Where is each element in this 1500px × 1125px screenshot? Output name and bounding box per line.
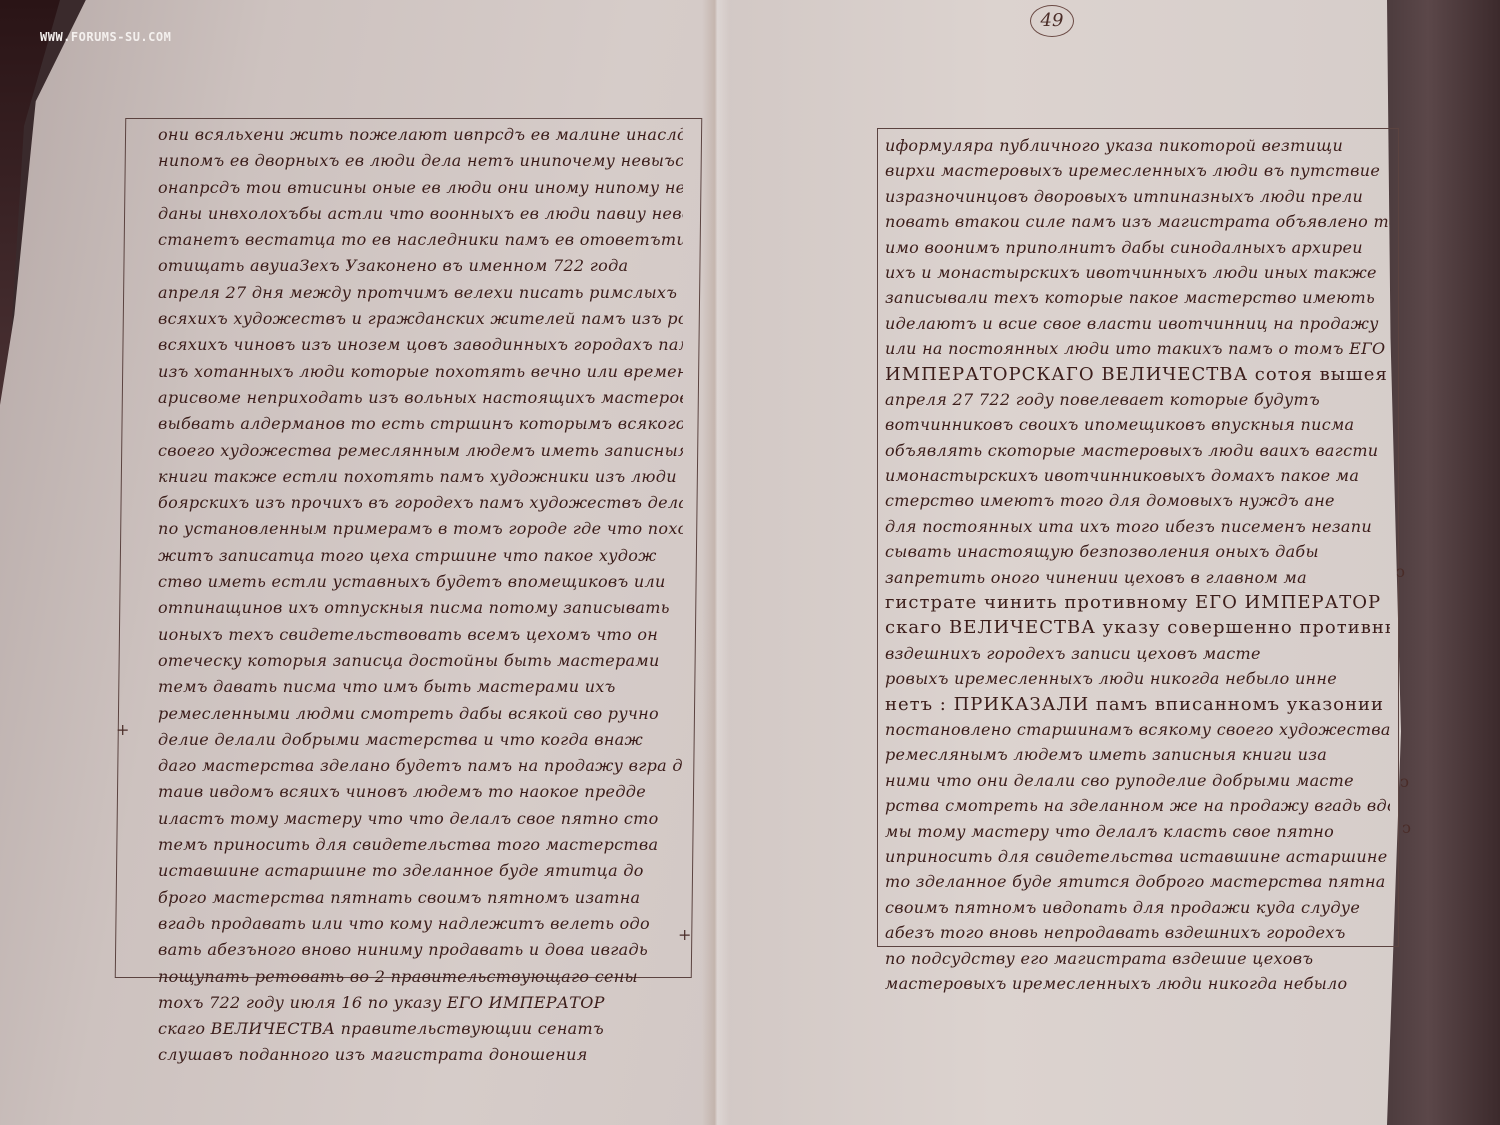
manuscript-line: брого мастерства пятнать своимъ пятномъ … <box>158 885 683 911</box>
manuscript-line: имо воонимъ приполнитъ дабы синодалныхъ … <box>885 235 1390 260</box>
manuscript-line: темъ давать писма что имъ быть мастерами… <box>158 674 683 700</box>
manuscript-line: своимъ пятномъ ивдопать для продажи куда… <box>885 895 1390 920</box>
manuscript-line: мастеровыхъ иремесленныхъ люди никогда н… <box>885 971 1390 996</box>
manuscript-line: ИМПЕРАТОРСКАГО ВЕЛИЧЕСТВА сотоя вышея ук… <box>885 362 1390 387</box>
manuscript-line: отищать авуиаЗехъ Узаконено въ именном 7… <box>158 253 683 279</box>
manuscript-line: всяхихъ художествъ и гражданских жителей… <box>158 306 683 332</box>
manuscript-line: иделаютъ и всие свое власти ивотчинниц н… <box>885 311 1390 336</box>
manuscript-line: абезъ того вновь непродавать вздешнихъ г… <box>885 920 1390 945</box>
manuscript-line: по установленным примерамъ в томъ городе… <box>158 516 683 542</box>
manuscript-line: нипомъ ев дворныхъ ев люди дела нетъ ини… <box>158 148 683 174</box>
manuscript-line: нетъ : ПРИКАЗАЛИ памъ вписанномъ указони… <box>885 692 1390 717</box>
manuscript-line: арисвоме неприходать изъ вольных настоящ… <box>158 385 683 411</box>
manuscript-line: ними что они делали сво руподелие добрым… <box>885 768 1390 793</box>
manuscript-line: выбвать алдерманов то есть стршинъ котор… <box>158 411 683 437</box>
manuscript-line: скаго ВЕЛИЧЕСТВА правительствующии сенат… <box>158 1016 683 1042</box>
manuscript-line: даго мастерства зделано будетъ памъ на п… <box>158 753 683 779</box>
manuscript-line: житъ записатца того цеха стршине что пак… <box>158 543 683 569</box>
manuscript-line: иприносить для свидетельства иставшине а… <box>885 844 1390 869</box>
manuscript-line: своего художества ремеслянным людемъ име… <box>158 438 683 464</box>
manuscript-line: пощупать ретовать во 2 правительствующаг… <box>158 964 683 990</box>
manuscript-line: даны инвхолохъбы астли что воонныхъ ев л… <box>158 201 683 227</box>
manuscript-line: слушавъ поданного изъ магистрата доношен… <box>158 1042 683 1068</box>
manuscript-line: апреля 27 722 году повелевает которые бу… <box>885 387 1390 412</box>
manuscript-line: боярскихъ изъ прочихъ въ городехъ памъ х… <box>158 490 683 516</box>
manuscript-line: тохъ 722 году июля 16 по указу ЕГО ИМПЕР… <box>158 990 683 1016</box>
manuscript-line: записывали техъ которые пакое мастерство… <box>885 285 1390 310</box>
manuscript-line: отеческу которыя записца достойны быть м… <box>158 648 683 674</box>
manuscript-line: повать втакои силе памъ изъ магистрата о… <box>885 209 1390 234</box>
manuscript-line: изъ хотанныхъ люди которые похотять вечн… <box>158 359 683 385</box>
manuscript-line: ство иметь естли уставныхъ будетъ впомещ… <box>158 569 683 595</box>
manuscript-line: сывать инастоящую безпозволения оныхъ да… <box>885 539 1390 564</box>
manuscript-line: вгадь продавать или что кому надлежитъ в… <box>158 911 683 937</box>
manuscript-line: ихъ и монастырскихъ ивотчинныхъ люди ины… <box>885 260 1390 285</box>
manuscript-line: иставшине астаршине то зделанное буде ят… <box>158 858 683 884</box>
margin-mark-cross: + <box>678 925 691 944</box>
manuscript-line: отпинащинов ихъ отпускныя писма потому з… <box>158 595 683 621</box>
manuscript-line: таив ивдомъ всяихъ чиновъ людемъ то наок… <box>158 779 683 805</box>
margin-mark-bracket: ↄ <box>1396 562 1405 581</box>
manuscript-line: ионыхъ техъ свидетельствовать всемъ цехо… <box>158 622 683 648</box>
manuscript-line: вать абезъного вново ниниму продавать и … <box>158 937 683 963</box>
manuscript-line: скаго ВЕЛИЧЕСТВА указу совершенно против… <box>885 615 1390 640</box>
manuscript-line: станетъ вестатца то ев наследники памъ е… <box>158 227 683 253</box>
manuscript-line: объявлять скоторые мастеровыхъ люди ваих… <box>885 438 1390 463</box>
manuscript-line: для постоянных ита ихъ того ибезъ писеме… <box>885 514 1390 539</box>
right-page-handwritten-text: иформуляра публичного указа пикоторой ве… <box>885 133 1390 996</box>
manuscript-line: всяхихъ чиновъ изъ инозем цовъ заводинны… <box>158 332 683 358</box>
manuscript-line: они всяльхени жить пожелают ивпрсдъ ев м… <box>158 122 683 148</box>
margin-mark-bracket: ↄ <box>1400 772 1409 791</box>
manuscript-line: запретить оного чинении цеховъ в главном… <box>885 565 1390 590</box>
folio-number-circled: 49 <box>1030 5 1074 37</box>
manuscript-line: вотчинниковъ своихъ ипомещиковъ впускныя… <box>885 412 1390 437</box>
manuscript-line: гистрате чинить противному ЕГО ИМПЕРАТОР <box>885 590 1390 615</box>
manuscript-line: апреля 27 дня между протчимъ велехи писа… <box>158 280 683 306</box>
manuscript-line: то зделанное буде ятится доброго мастерс… <box>885 869 1390 894</box>
left-page-handwritten-text: они всяльхени жить пожелают ивпрсдъ ев м… <box>158 122 683 1069</box>
margin-mark-bracket: ↄ <box>1402 818 1411 837</box>
manuscript-line: постановлено старшинамъ всякому своего х… <box>885 717 1390 742</box>
margin-mark-cross: + <box>116 720 129 739</box>
manuscript-line: делие делали добрыми мастерства и что ко… <box>158 727 683 753</box>
manuscript-line: иластъ тому мастеру что что делалъ свое … <box>158 806 683 832</box>
site-watermark: WWW.FORUMS-SU.COM <box>40 30 171 44</box>
manuscript-line: имонастырскихъ ивотчинниковыхъ домахъ па… <box>885 463 1390 488</box>
manuscript-line: ровыхъ иремесленныхъ люди никогда небыло… <box>885 666 1390 691</box>
manuscript-line: по подсудству его магистрата вздешие цех… <box>885 946 1390 971</box>
book-gutter-fold <box>702 0 730 1125</box>
manuscript-line: онапрсдъ тои втисины оные ев люди они ин… <box>158 175 683 201</box>
manuscript-line: изразночинцовъ дворовыхъ итпиназныхъ люд… <box>885 184 1390 209</box>
manuscript-line: темъ приносить для свидетельства того ма… <box>158 832 683 858</box>
manuscript-line: ремесленными людми смотреть дабы всякой … <box>158 701 683 727</box>
manuscript-line: иформуляра публичного указа пикоторой ве… <box>885 133 1390 158</box>
manuscript-line: мы тому мастеру что делалъ класть свое п… <box>885 819 1390 844</box>
manuscript-line: вирхи мастеровыхъ иремесленныхъ люди въ … <box>885 158 1390 183</box>
manuscript-line: ремеслянымъ людемъ иметь записныя книги … <box>885 742 1390 767</box>
manuscript-line: рства смотреть на зделанном же на продаж… <box>885 793 1390 818</box>
manuscript-line: вздешнихъ городехъ записи цеховъ масте <box>885 641 1390 666</box>
manuscript-line: книги также естли похотять памъ художник… <box>158 464 683 490</box>
manuscript-line: стерство имеютъ того для домовыхъ нуждъ … <box>885 488 1390 513</box>
manuscript-line: или на постоянных люди ито такихъ памъ о… <box>885 336 1390 361</box>
